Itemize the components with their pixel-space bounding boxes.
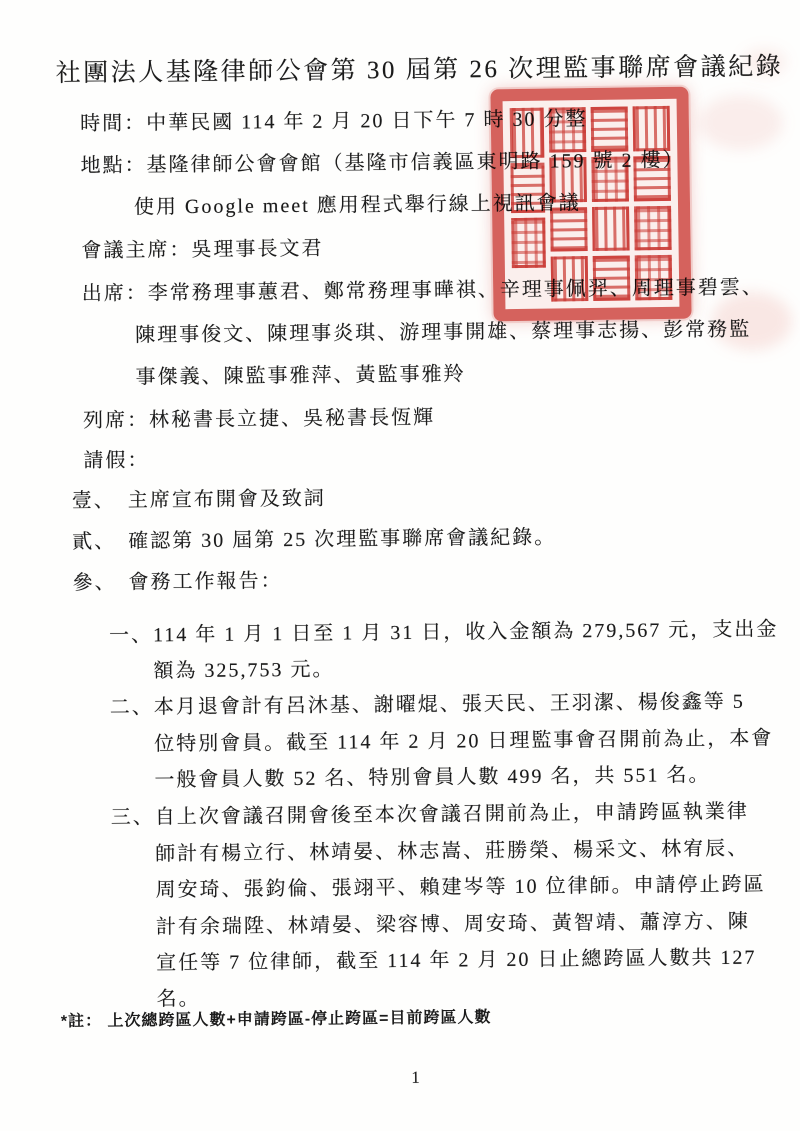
seal-glyph — [549, 107, 587, 152]
report-item-2-line-2: 位特別會員。截至 114 年 2 月 20 日理監事會召開前為止，本會 — [154, 727, 773, 756]
seal-glyph — [634, 205, 672, 250]
seal-ink-speckle — [712, 292, 792, 350]
seal-side-column — [510, 108, 547, 302]
page-number: 1 — [411, 1068, 420, 1088]
report-item-1-line-1: 一、114 年 1 月 1 日至 1 月 31 日，收入金額為 279,567 … — [109, 618, 778, 647]
attendees-line-2: 陳理事俊文、陳理事炎琪、游理事開雄、蔡理事志揚、彭常務監 — [135, 319, 751, 348]
section-2-heading: 貳、 確認第 30 屆第 25 次理監事聯席會議紀錄。 — [72, 527, 556, 555]
seal-glyph — [510, 163, 545, 213]
page-title: 社團法人基隆律師公會第 30 屆第 26 次理監事聯席會議紀錄 — [56, 53, 784, 89]
seal-glyph — [633, 156, 671, 201]
seal-glyph — [551, 256, 589, 301]
report-item-3-line-5: 宣任等 7 位律師，截至 114 年 2 月 20 日止總跨區人數共 127 — [156, 947, 756, 976]
seal-glyph — [550, 207, 588, 252]
report-item-3-line-1: 三、自上次會議召開會後至本次會議召開前為止，申請跨區執業律 — [111, 801, 749, 830]
report-item-3-line-2: 師計有楊立行、林靖晏、林志嵩、莊勝榮、楊采文、林宥辰、 — [155, 838, 749, 867]
seal-glyph — [510, 108, 545, 158]
seal-ink-speckle — [742, 48, 787, 76]
seal-glyph — [511, 218, 546, 268]
seal-glyph — [633, 106, 671, 151]
footnote-line: *註： 上次總跨區人數+申請跨區-停止跨區=目前跨區人數 — [61, 1009, 492, 1032]
report-item-3-line-3: 周安琦、張鈞倫、張翊平、賴建岑等 10 位律師。申請停止跨區 — [155, 874, 765, 903]
observers-line: 列席：林秘書長立捷、吳秘書長恆輝 — [83, 407, 435, 433]
seal-glyph — [592, 206, 630, 251]
report-item-2-line-1: 二、本月退會計有呂沐基、謝曜焜、張天民、王羽潔、楊俊鑫等 5 — [110, 691, 745, 720]
meeting-chair-line: 會議主席：吳理事長文君 — [81, 238, 323, 263]
seal-glyph — [635, 255, 673, 300]
seal-glyph — [593, 256, 631, 301]
seal-glyph-area — [503, 99, 680, 309]
section-3-heading: 參、 會務工作報告： — [72, 570, 282, 595]
report-item-2-line-3: 一般會員人數 52 名、特別會員人數 499 名，共 551 名。 — [154, 764, 710, 792]
seal-glyph — [591, 106, 629, 151]
report-item-3-line-6: 名。 — [156, 988, 200, 1011]
leave-of-absence-line: 請假： — [83, 449, 149, 473]
report-item-1-line-2: 額為 325,753 元。 — [153, 659, 334, 684]
seal-main-grid — [549, 106, 673, 302]
attendees-line-3: 事傑義、陳監事雅萍、黃監事雅羚 — [136, 363, 466, 389]
red-square-seal-icon — [490, 87, 691, 322]
section-1-heading: 壹、 主席宣布開會及致詞 — [72, 488, 326, 513]
seal-ink-speckle — [698, 95, 783, 150]
seal-glyph — [591, 156, 629, 201]
seal-glyph — [549, 157, 587, 202]
scanned-meeting-minutes-page: 社團法人基隆律師公會第 30 屆第 26 次理監事聯席會議紀錄 時間：中華民國 … — [0, 0, 800, 1131]
report-item-3-line-4: 計有余瑞陞、林靖晏、梁容博、周安琦、黃智靖、蕭淳方、陳 — [156, 911, 750, 940]
